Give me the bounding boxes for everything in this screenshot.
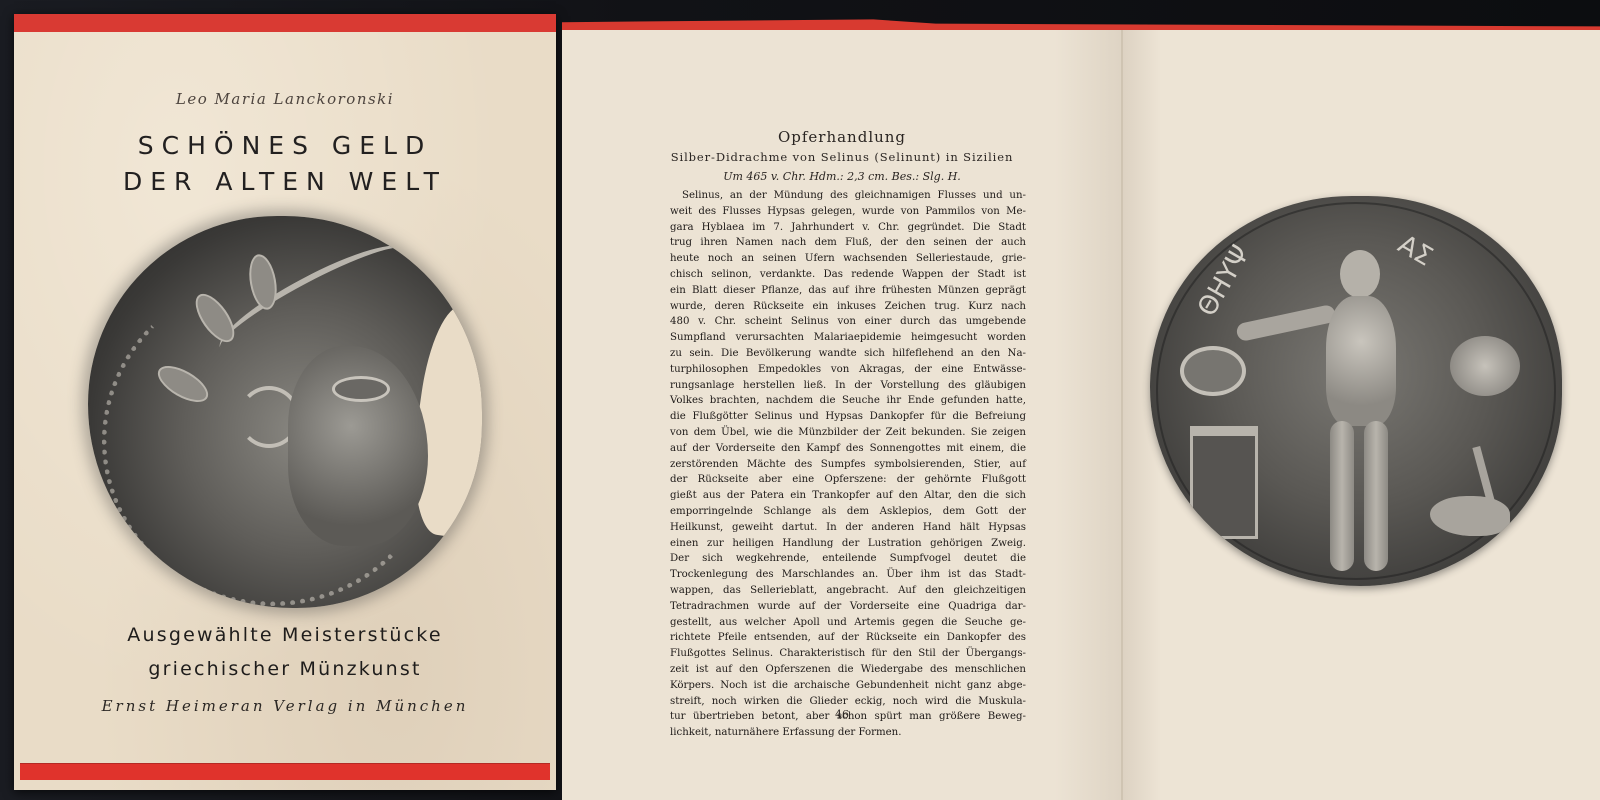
figure-leg (1330, 421, 1354, 571)
figure-leg (1364, 421, 1388, 571)
text-line: der Rückseite aber eine Opferszene: der … (670, 472, 1026, 488)
patera-icon (1180, 346, 1246, 396)
text-line: die Flußgötter Selinus und Hypsas Dankop… (670, 409, 1026, 425)
text-line: wurde, deren Rückseite ein inkuses Zeich… (670, 299, 1026, 315)
text-line: zerstörenden Mächte des Sumpfes symbolsi… (670, 457, 1026, 473)
cover-author: Leo Maria Lanckoronski (14, 90, 556, 108)
text-line: wappen, das Sellerieblatt, angebracht. A… (670, 583, 1026, 599)
text-line: Volkes brachten, nachdem die Seuche ihr … (670, 393, 1026, 409)
text-line: Flußgottes Selinus. Charakteristisch für… (670, 646, 1026, 662)
cover-subtitle: Ausgewählte Meisterstücke griechischer M… (14, 618, 556, 686)
cover-title-line-2: DER ALTEN WELT (14, 164, 556, 200)
photo-background: Leo Maria Lanckoronski SCHÖNES GELD DER … (0, 0, 1600, 800)
text-line: gießt aus der Patera ein Trankopfer auf … (670, 488, 1026, 504)
text-line: zeit ist auf den Opferszenen die Wiederg… (670, 662, 1026, 678)
text-line: 480 v. Chr. scheint Selinus von einer du… (670, 314, 1026, 330)
text-line: Körpers. Noch ist die archaische Gebunde… (670, 678, 1026, 694)
text-line: gestellt, aus welcher Apoll und Artemis … (670, 615, 1026, 631)
text-line: heute noch an seinen Ufern wachsenden Se… (670, 251, 1026, 267)
text-line: Selinus, an der Mündung des gleichnamige… (670, 188, 1026, 204)
cover-subtitle-line-2: griechischer Münzkunst (14, 652, 556, 686)
text-line: auf der Vorderseite den Kampf des Sonnen… (670, 441, 1026, 457)
page-body-text: Selinus, an der Mündung des gleichnamige… (670, 188, 1026, 741)
cover-coin-image (88, 216, 482, 608)
text-line: einen zur heiligen Handlung der Lustrati… (670, 536, 1026, 552)
cover-red-band-top (14, 14, 556, 32)
selinus-coin-image: ΘΗΥΨ ΑΣ (1150, 196, 1562, 586)
book-cover: Leo Maria Lanckoronski SCHÖNES GELD DER … (14, 14, 556, 790)
text-line: Tetradrachmen wurde auf der Vorderseite … (670, 599, 1026, 615)
text-line: richtete Pfeile entsenden, auf der Rücks… (670, 630, 1026, 646)
text-line: chisch selinon, verdankte. Das redende W… (670, 267, 1026, 283)
text-line: emporringelnde Schlange als dem Asklepio… (670, 504, 1026, 520)
text-line: lichkeit, naturnähere Erfassung der Form… (670, 725, 1026, 741)
text-line: ein Blatt dieser Pflanze, das auf ihre f… (670, 283, 1026, 299)
cover-publisher: Ernst Heimeran Verlag in München (14, 697, 556, 715)
text-line: Heilkunst, geweiht dartut. In der andere… (670, 520, 1026, 536)
text-line: streift, noch wirken die Glieder eckig, … (670, 694, 1026, 710)
text-line: von dem Übel, wie die Münzbilder der Zei… (670, 425, 1026, 441)
text-line: gara Hyblaea im 7. Jahrhundert v. Chr. g… (670, 220, 1026, 236)
text-line: turphilosophen Empedokles von Akragas, d… (670, 362, 1026, 378)
text-line: Der sich wegkehrende, enteilende Sumpfvo… (670, 551, 1026, 567)
left-page: Opferhandlung Silber-Didrachme von Selin… (562, 30, 1122, 800)
text-line: zu sein. Die Bevölkerung wandte sich hil… (670, 346, 1026, 362)
page-number: 46 (562, 708, 1122, 721)
cover-subtitle-line-1: Ausgewählte Meisterstücke (14, 618, 556, 652)
altar-icon (1190, 426, 1258, 539)
page-heading: Opferhandlung (562, 128, 1122, 146)
celery-leaf-icon (1450, 336, 1520, 396)
text-line: weit des Flusses Hypsas gelegen, wurde v… (670, 204, 1026, 220)
page-meta: Um 465 v. Chr. Hdm.: 2,3 cm. Bes.: Slg. … (562, 170, 1122, 183)
text-line: Trockenlegung des Marschlandes an. Über … (670, 567, 1026, 583)
text-line: rungsanlage herstellen ließ. In der Vors… (670, 378, 1026, 394)
figure-head (1340, 250, 1380, 298)
cover-red-band-bottom (20, 763, 550, 780)
text-line: Sumpfland verursachten Malariaepidemie h… (670, 330, 1026, 346)
athena-eye (332, 376, 390, 402)
cover-title-line-1: SCHÖNES GELD (14, 128, 556, 164)
page-subheading: Silber-Didrachme von Selinus (Selinunt) … (562, 150, 1122, 164)
figure-torso (1326, 296, 1396, 426)
text-line: trug ihren Namen nach dem Fluß, der den … (670, 235, 1026, 251)
cover-title: SCHÖNES GELD DER ALTEN WELT (14, 128, 556, 200)
